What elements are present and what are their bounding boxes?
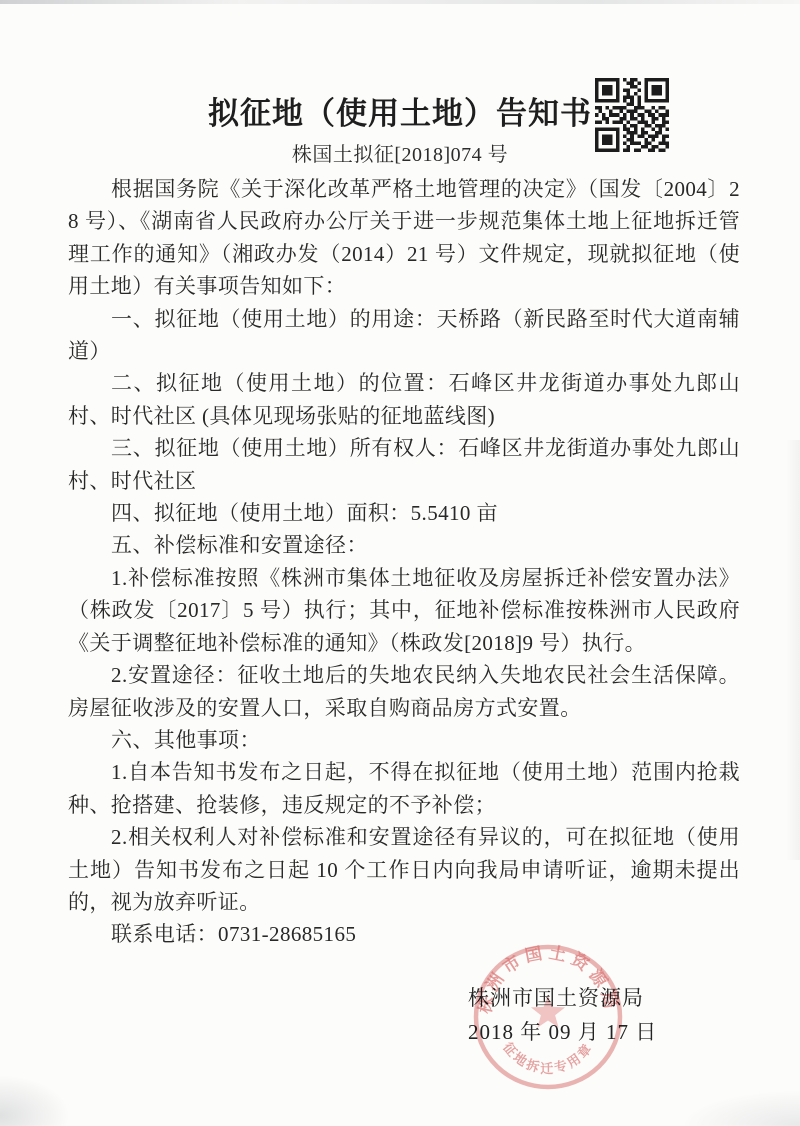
paragraph-item-5-heading: 五、补偿标准和安置途径： [68, 529, 740, 561]
document-body: 根据国务院《关于深化改革严格土地管理的决定》（国发〔2004〕28 号）、《湖南… [68, 173, 740, 951]
paragraph-item-1-purpose: 一、拟征地（使用土地）的用途：天桥路（新民路至时代大道南辅道） [68, 303, 740, 368]
scan-artifact-bottom-right [680, 1090, 800, 1126]
document-page: 拟征地（使用土地）告知书 株国土拟征[2018]074 号 根据国务院《关于深化… [0, 0, 800, 1126]
scan-artifact-bottom-left [0, 1075, 70, 1126]
signature-block: 株洲市国土资源局 2018 年 09 月 17 日 [468, 981, 657, 1049]
scan-artifact-top-edge [0, 0, 800, 4]
paragraph-basis: 根据国务院《关于深化改革严格土地管理的决定》（国发〔2004〕28 号）、《湖南… [68, 173, 740, 303]
paragraph-item-4-area: 四、拟征地（使用土地）面积：5.5410 亩 [68, 497, 740, 529]
document-number: 株国土拟征[2018]074 号 [0, 138, 800, 167]
contact-phone-line: 联系电话：0731-28685165 [68, 918, 740, 950]
paragraph-item-5-2-resettlement: 2.安置途径：征收土地后的失地农民纳入失地农民社会生活保障。房屋征收涉及的安置人… [68, 659, 740, 724]
paragraph-item-3-owner: 三、拟征地（使用土地）所有权人：石峰区井龙街道办事处九郎山村、时代社区 [68, 432, 740, 497]
paragraph-item-2-location: 二、拟征地（使用土地）的位置：石峰区井龙街道办事处九郎山村、时代社区 (具体见现… [68, 367, 740, 432]
paragraph-item-5-1-compensation: 1.补偿标准按照《株洲市集体土地征收及房屋拆迁补偿安置办法》（株政发〔2017〕… [68, 562, 740, 659]
document-title: 拟征地（使用土地）告知书 [0, 88, 800, 133]
signature-agency: 株洲市国土资源局 [468, 981, 657, 1015]
signature-date: 2018 年 09 月 17 日 [468, 1015, 657, 1049]
paragraph-item-6-2-hearing: 2.相关权利人对补偿标准和安置途径有异议的，可在拟征地（使用土地）告知书发布之日… [68, 821, 740, 918]
paragraph-item-6-heading: 六、其他事项： [68, 724, 740, 756]
paragraph-item-6-1-prohibitions: 1.自本告知书发布之日起，不得在拟征地（使用土地）范围内抢栽种、抢搭建、抢装修，… [68, 756, 740, 821]
scan-artifact-right-edge [786, 440, 800, 860]
